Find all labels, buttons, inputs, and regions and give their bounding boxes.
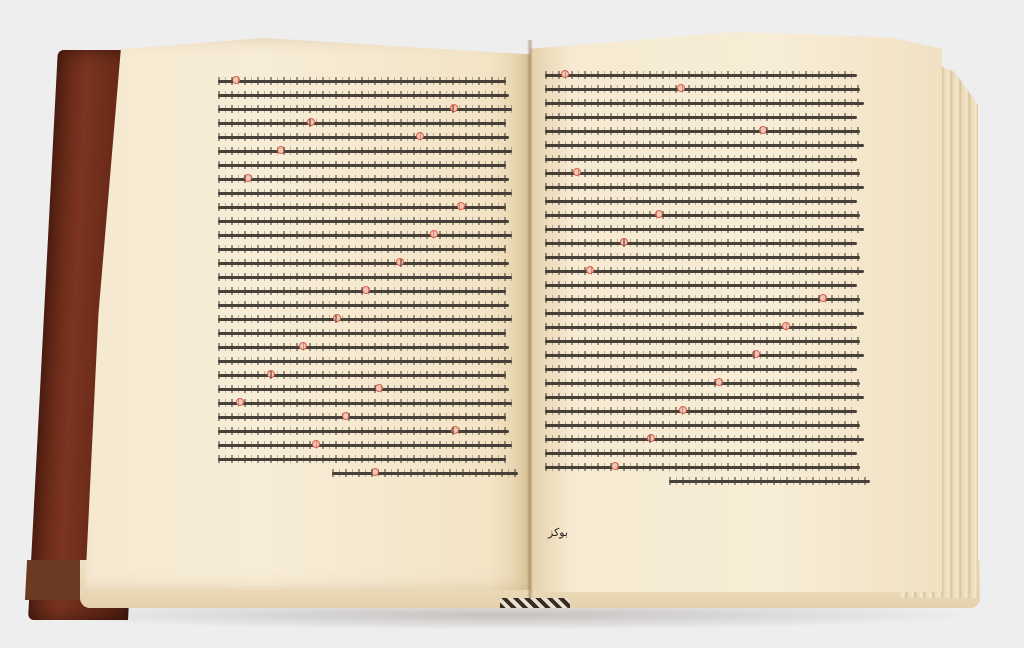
text-line [545, 326, 857, 329]
text-line [545, 410, 857, 413]
text-line [218, 80, 506, 83]
text-line [218, 108, 512, 111]
rubric-dot [819, 294, 827, 302]
rubric-dot [586, 266, 594, 274]
right-text-block [545, 74, 870, 494]
text-line [545, 228, 864, 231]
text-line [218, 290, 506, 293]
rubric-dot [430, 230, 438, 238]
rubric-dot [375, 384, 383, 392]
rubric-dot [450, 104, 458, 112]
rubric-dot [312, 440, 320, 448]
text-line [545, 340, 860, 343]
text-line [218, 416, 506, 419]
text-line [545, 144, 864, 147]
rubric-dot [342, 412, 350, 420]
rubric-dot [277, 146, 285, 154]
rubric-dot [457, 202, 465, 210]
rubric-dot [333, 314, 341, 322]
rubric-dot [752, 350, 760, 358]
text-line [545, 382, 860, 385]
text-line [545, 298, 860, 301]
rubric-dot [362, 286, 370, 294]
rubric-dot [267, 370, 275, 378]
rubric-dot [561, 70, 569, 78]
text-line [218, 388, 509, 391]
headband [500, 598, 570, 608]
text-line [545, 214, 860, 217]
rubric-dot [655, 210, 663, 218]
text-line [218, 402, 512, 405]
text-line [545, 438, 864, 441]
text-line [218, 430, 509, 433]
text-line [545, 130, 860, 133]
rubric-dot [371, 468, 379, 476]
rubric-dot [299, 342, 307, 350]
text-line [545, 270, 864, 273]
text-line [218, 444, 512, 447]
text-line [218, 192, 512, 195]
text-line [332, 472, 518, 475]
text-line [218, 332, 506, 335]
rubric-dot [451, 426, 459, 434]
rubric-dot [715, 378, 723, 386]
rubric-dot [647, 434, 655, 442]
rubric-dot [307, 118, 315, 126]
manuscript-photo: بوكز [0, 0, 1024, 648]
text-line [545, 116, 857, 119]
text-line [218, 276, 512, 279]
cover-corner [25, 560, 87, 600]
text-line [545, 158, 857, 161]
rubric-dot [416, 132, 424, 140]
text-line [545, 172, 860, 175]
text-line [218, 234, 512, 237]
gutter [527, 40, 533, 600]
text-line [545, 466, 860, 469]
text-line [218, 304, 509, 307]
text-line [669, 480, 871, 483]
text-line [545, 396, 864, 399]
text-line [545, 102, 864, 105]
rubric-dot [244, 174, 252, 182]
text-line [545, 186, 864, 189]
text-line [218, 220, 509, 223]
text-line [218, 458, 506, 461]
text-line [218, 262, 509, 265]
rubric-dot [620, 238, 628, 246]
text-line [218, 318, 512, 321]
text-line [545, 368, 857, 371]
text-line [218, 346, 509, 349]
rubric-dot [759, 126, 767, 134]
text-line [545, 242, 857, 245]
text-line [218, 122, 506, 125]
rubric-dot [236, 398, 244, 406]
text-line [218, 178, 509, 181]
rubric-dot [782, 322, 790, 330]
left-text-block [218, 80, 518, 486]
text-line [545, 354, 864, 357]
text-line [218, 248, 506, 251]
rubric-dot [396, 258, 404, 266]
text-line [218, 164, 506, 167]
text-line [218, 136, 509, 139]
catchword: بوكز [548, 526, 568, 539]
text-line [545, 312, 864, 315]
text-line [218, 360, 512, 363]
rubric-dot [232, 76, 240, 84]
rubric-dot [677, 84, 685, 92]
rubric-dot [679, 406, 687, 414]
text-line [545, 74, 857, 77]
text-line [545, 284, 857, 287]
text-line [545, 424, 860, 427]
rubric-dot [573, 168, 581, 176]
text-line [545, 256, 860, 259]
text-line [545, 200, 857, 203]
text-line [218, 94, 509, 97]
text-line [218, 150, 512, 153]
rubric-dot [611, 462, 619, 470]
text-line [218, 374, 506, 377]
text-line [218, 206, 506, 209]
text-line [545, 452, 857, 455]
text-line [545, 88, 860, 91]
